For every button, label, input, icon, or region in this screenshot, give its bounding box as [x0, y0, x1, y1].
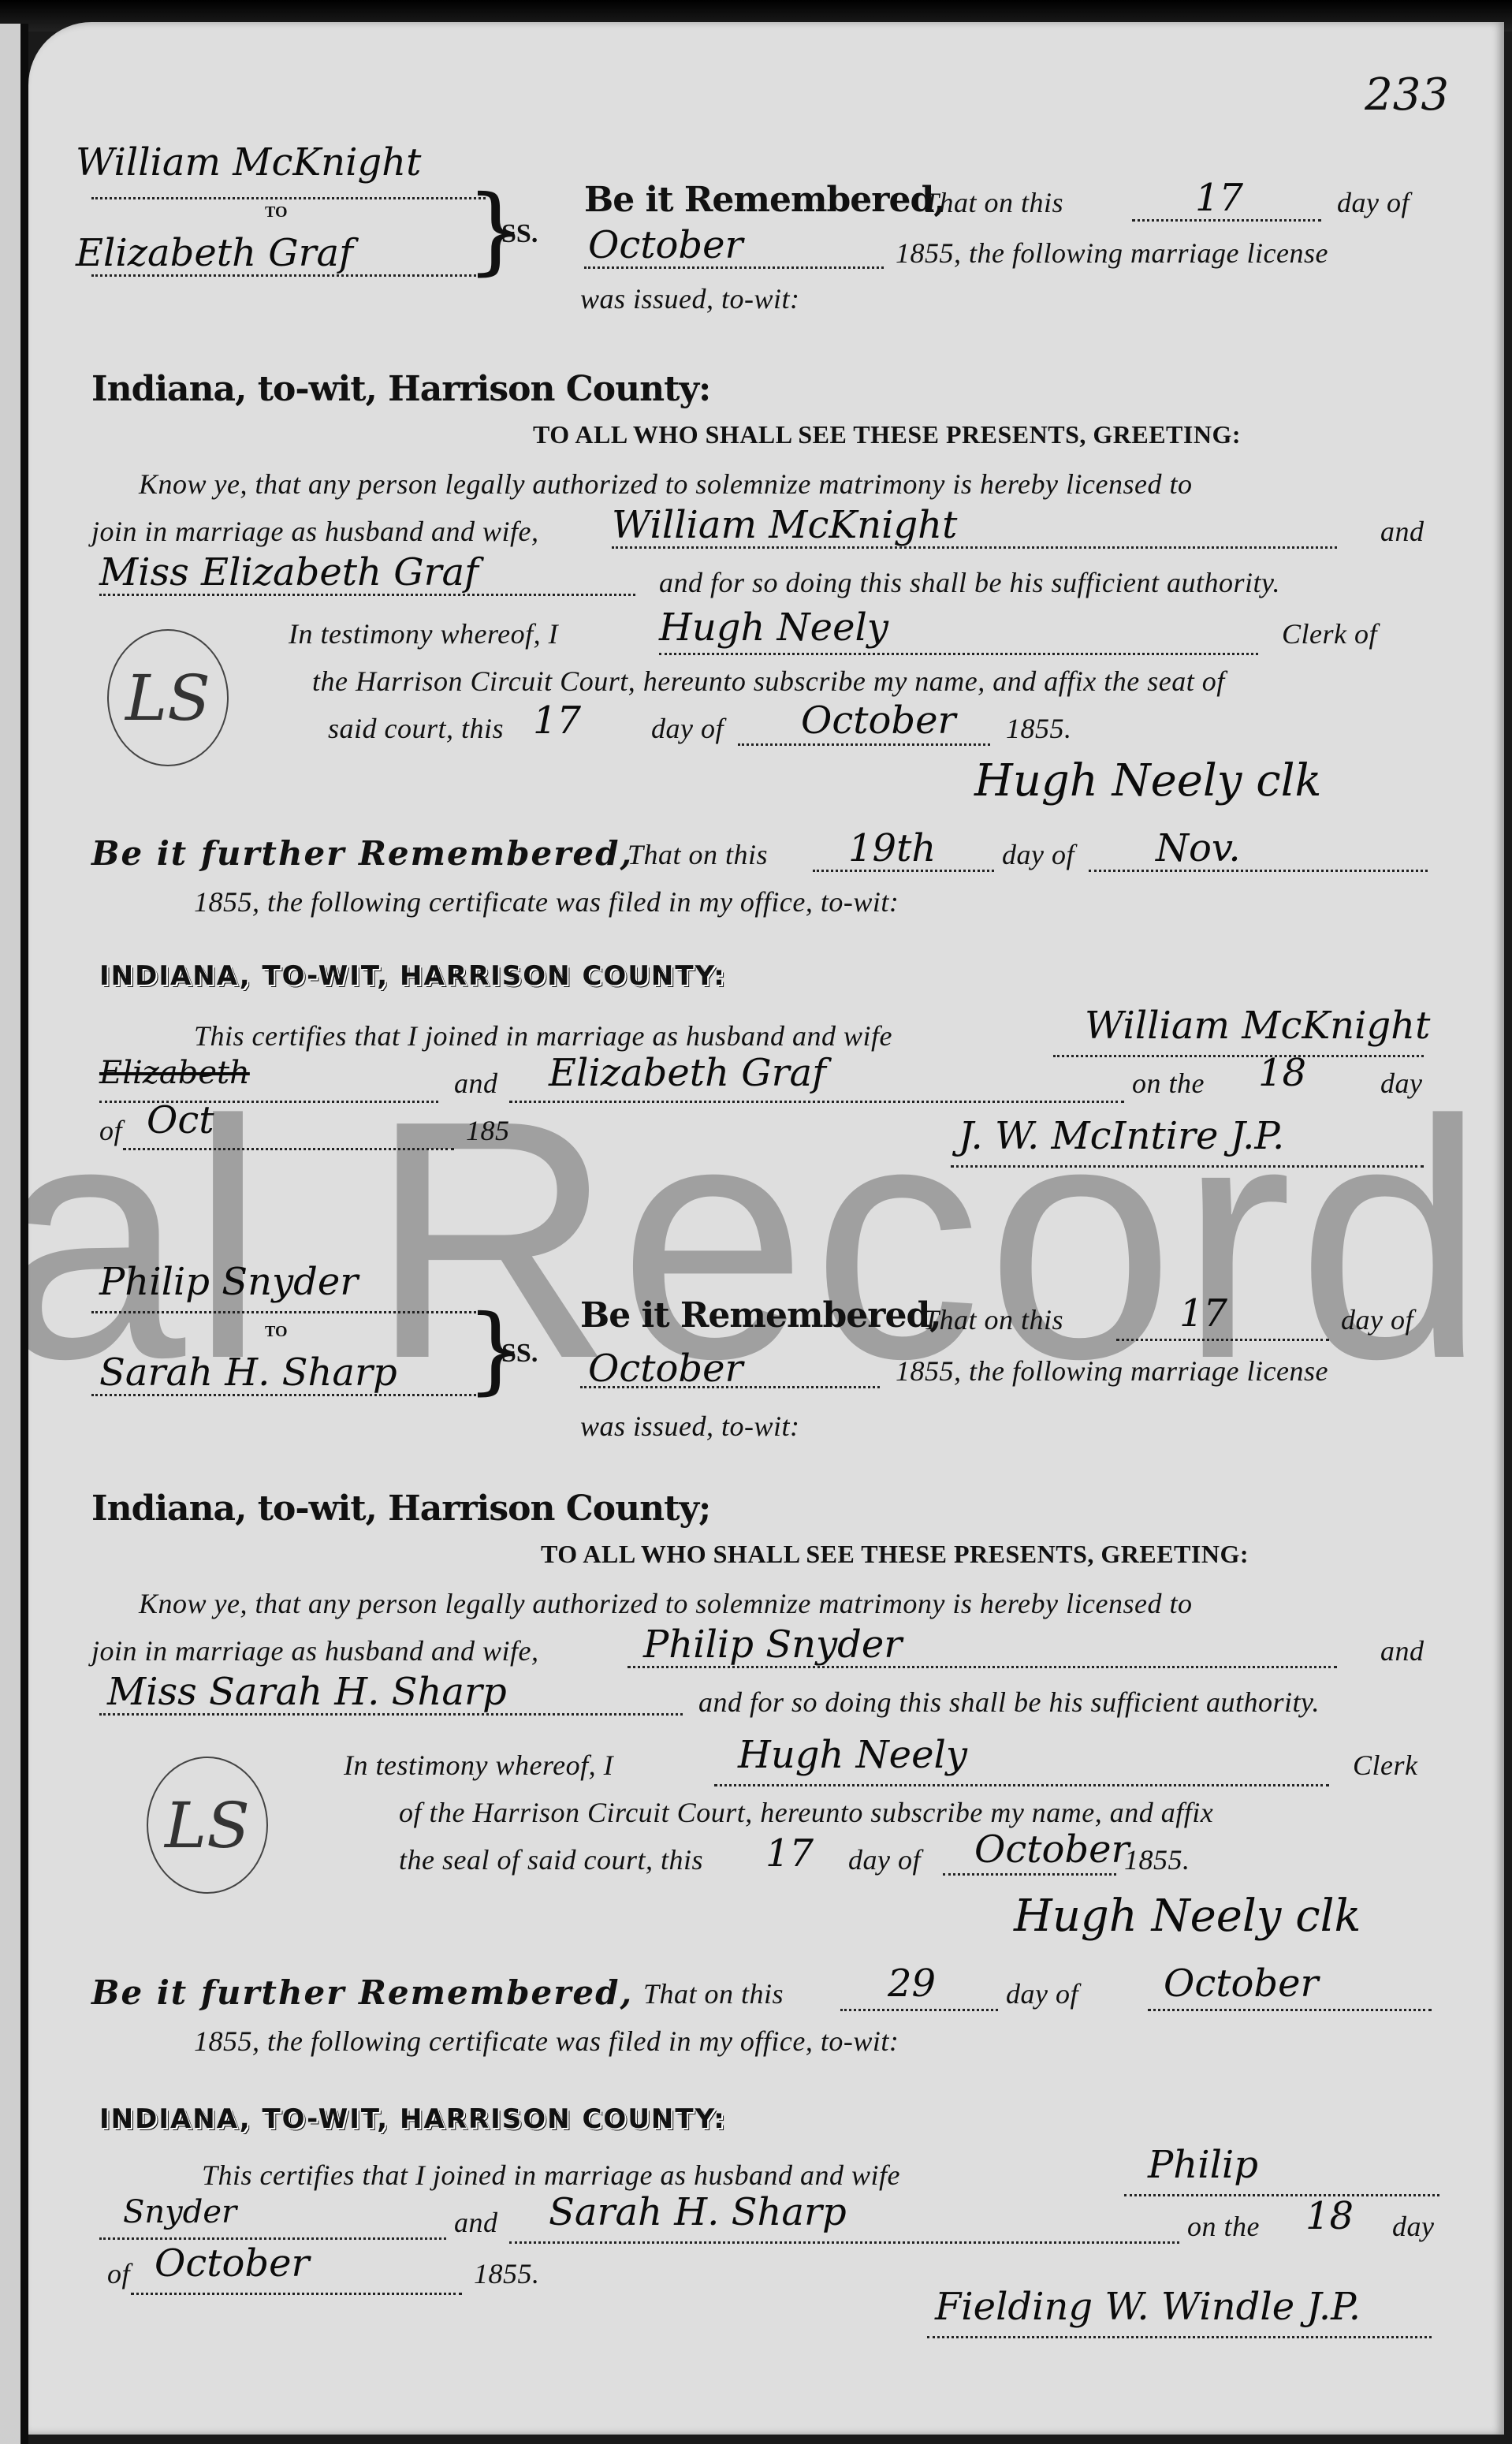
certificate-text: This certifies that I joined in marriage…	[202, 2159, 900, 2192]
certificate-bride: Sarah H. Sharp	[549, 2190, 847, 2234]
dotted-line	[123, 1148, 454, 1150]
dotted-line	[1116, 1339, 1329, 1341]
court-seal: LS	[147, 1757, 268, 1894]
dotted-line	[738, 743, 990, 746]
filed-day: 29	[888, 1962, 936, 2006]
dotted-line	[943, 1873, 1116, 1876]
certificate-text: This certifies that I joined in marriage…	[194, 1019, 892, 1052]
heading-groom: William McKnight	[76, 140, 421, 184]
certificate-text: on the	[1132, 1067, 1205, 1100]
clerk-name: Hugh Neely	[659, 605, 888, 650]
license-text: Know ye, that any person legally authori…	[139, 1587, 1192, 1620]
certificate-groom-last: Snyder	[123, 2194, 236, 2230]
dotted-line	[951, 1165, 1424, 1168]
certificate-state-line: INDIANA, TO-WIT, HARRISON COUNTY:	[99, 960, 726, 992]
text: 1855, the following certificate was file…	[194, 885, 899, 918]
ss-label: SS.	[501, 219, 538, 249]
testimony-month: October	[974, 1827, 1130, 1872]
license-month: October	[588, 1347, 743, 1391]
certificate-day: 18	[1305, 2194, 1354, 2238]
dotted-line	[91, 274, 486, 277]
be-it-further-remembered: Be it further Remembered,	[91, 1973, 633, 2012]
court-seal: LS	[107, 629, 229, 766]
testimony-text: of the Harrison Circuit Court, hereunto …	[399, 1796, 1213, 1829]
license-text: and for so doing this shall be his suffi…	[698, 1686, 1320, 1719]
left-page-edge	[0, 24, 28, 2444]
license-groom: William McKnight	[612, 503, 957, 547]
be-it-remembered: Be it Remembered,	[584, 180, 945, 220]
dotted-line	[612, 546, 1337, 549]
testimony-text: the Harrison Circuit Court, hereunto sub…	[312, 665, 1225, 698]
testimony-month: October	[801, 699, 956, 743]
certificate-text: day	[1392, 2210, 1434, 2243]
license-text: and	[1380, 515, 1424, 548]
filed-day: 19th	[848, 826, 936, 870]
text: was issued, to-wit:	[580, 1410, 800, 1443]
dotted-line	[1053, 1055, 1424, 1057]
certificate-text: of	[99, 1114, 122, 1147]
page-number: 233	[1365, 69, 1449, 121]
heading-to: TO	[265, 203, 288, 222]
dotted-line	[131, 2293, 462, 2295]
dotted-line	[91, 1311, 486, 1313]
testimony-text: said court, this	[328, 712, 504, 745]
dotted-line	[99, 2237, 446, 2240]
clerk-name: Hugh Neely	[738, 1733, 967, 1777]
text: 1855, the following marriage license	[896, 237, 1328, 270]
dotted-line	[91, 1394, 486, 1396]
license-bride: Miss Sarah H. Sharp	[107, 1670, 507, 1714]
license-groom: Philip Snyder	[643, 1623, 902, 1667]
heading-bride: Elizabeth Graf	[76, 231, 353, 275]
license-text: Know ye, that any person legally authori…	[139, 468, 1192, 501]
text: That on this	[923, 186, 1063, 219]
certificate-groom: William McKnight	[1085, 1004, 1430, 1048]
heading-bride: Sarah H. Sharp	[99, 1351, 397, 1395]
certificate-month: Oct	[147, 1098, 214, 1142]
text: day of	[1006, 1977, 1078, 2010]
dotted-line	[927, 2336, 1432, 2338]
dotted-line	[91, 197, 486, 199]
dotted-line	[1148, 2009, 1432, 2011]
dotted-line	[99, 1713, 683, 1716]
license-day: 17	[1195, 176, 1243, 220]
text: day of	[1341, 1303, 1413, 1336]
text: was issued, to-wit:	[580, 282, 800, 315]
dotted-line	[584, 266, 884, 269]
testimony-text: 1855.	[1006, 712, 1072, 745]
ss-label: SS.	[501, 1339, 538, 1369]
testimony-text: In testimony whereof, I	[344, 1749, 613, 1782]
license-text: join in marriage as husband and wife,	[91, 1634, 539, 1667]
state-county-line: Indiana, to-wit, Harrison County:	[91, 369, 710, 409]
filed-month: Nov.	[1156, 826, 1241, 870]
certificate-text: and	[454, 2206, 498, 2239]
dotted-line	[509, 2241, 1179, 2244]
testimony-text: Clerk	[1353, 1749, 1417, 1782]
text: 1855, the following marriage license	[896, 1354, 1328, 1388]
clerk-signature: Hugh Neely clk	[974, 755, 1321, 807]
testimony-text: 1855.	[1124, 1843, 1190, 1876]
certificate-groom-first: Philip	[1148, 2143, 1258, 2187]
certificate-state-line: INDIANA, TO-WIT, HARRISON COUNTY:	[99, 2103, 726, 2135]
heading-groom: Philip Snyder	[99, 1260, 358, 1304]
certificate-day: 18	[1258, 1051, 1306, 1095]
dotted-line	[628, 1666, 1337, 1668]
license-day: 17	[1179, 1291, 1227, 1336]
license-month: October	[588, 223, 743, 267]
state-county-line: Indiana, to-wit, Harrison County;	[91, 1488, 710, 1529]
testimony-text: day of	[651, 712, 724, 745]
text: 1855, the following certificate was file…	[194, 2025, 899, 2058]
testimony-day: 17	[765, 1831, 814, 1876]
text: That on this	[628, 838, 768, 871]
certificate-text: on the	[1187, 2210, 1260, 2243]
dotted-line	[1124, 2194, 1439, 2196]
heading-to: TO	[265, 1323, 288, 1341]
certificate-text: 185	[466, 1114, 510, 1147]
testimony-text: Clerk of	[1282, 617, 1377, 650]
testimony-day: 17	[533, 699, 581, 743]
dotted-line	[99, 594, 635, 596]
officiant-signature: Fielding W. Windle J.P.	[935, 2285, 1361, 2329]
testimony-text: day of	[848, 1843, 921, 1876]
officiant-signature: J. W. McIntire J.P.	[959, 1114, 1284, 1158]
text: day of	[1002, 838, 1074, 871]
be-it-remembered: Be it Remembered,	[580, 1295, 941, 1336]
text: That on this	[923, 1303, 1063, 1336]
license-text: and	[1380, 1634, 1424, 1667]
certificate-struck-name: Elizabeth	[99, 1055, 250, 1091]
dotted-line	[659, 653, 1258, 655]
clerk-signature: Hugh Neely clk	[1014, 1891, 1361, 1942]
dotted-line	[580, 1386, 880, 1388]
filed-month: October	[1164, 1962, 1319, 2006]
dotted-line	[840, 2009, 998, 2011]
dotted-line	[1089, 870, 1428, 872]
testimony-text: In testimony whereof, I	[289, 617, 558, 650]
text: That on this	[643, 1977, 784, 2010]
certificate-text: day	[1380, 1067, 1422, 1100]
license-text: join in marriage as husband and wife,	[91, 515, 539, 548]
register-page: al Record 233 William McKnight TO Elizab…	[28, 22, 1504, 2435]
dotted-line	[714, 1784, 1329, 1786]
dotted-line	[509, 1101, 1124, 1103]
certificate-bride: Elizabeth Graf	[549, 1051, 826, 1095]
license-text: and for so doing this shall be his suffi…	[659, 566, 1280, 599]
certificate-text: of	[107, 2257, 130, 2290]
certificate-text: 1855.	[474, 2257, 540, 2290]
greeting: TO ALL WHO SHALL SEE THESE PRESENTS, GRE…	[541, 1540, 1249, 1569]
text: day of	[1337, 186, 1410, 219]
certificate-month: October	[155, 2241, 310, 2286]
license-bride: Miss Elizabeth Graf	[99, 550, 479, 594]
certificate-text: and	[454, 1067, 498, 1100]
testimony-text: the seal of said court, this	[399, 1843, 703, 1876]
be-it-further-remembered: Be it further Remembered,	[91, 834, 633, 873]
greeting: TO ALL WHO SHALL SEE THESE PRESENTS, GRE…	[533, 420, 1241, 449]
